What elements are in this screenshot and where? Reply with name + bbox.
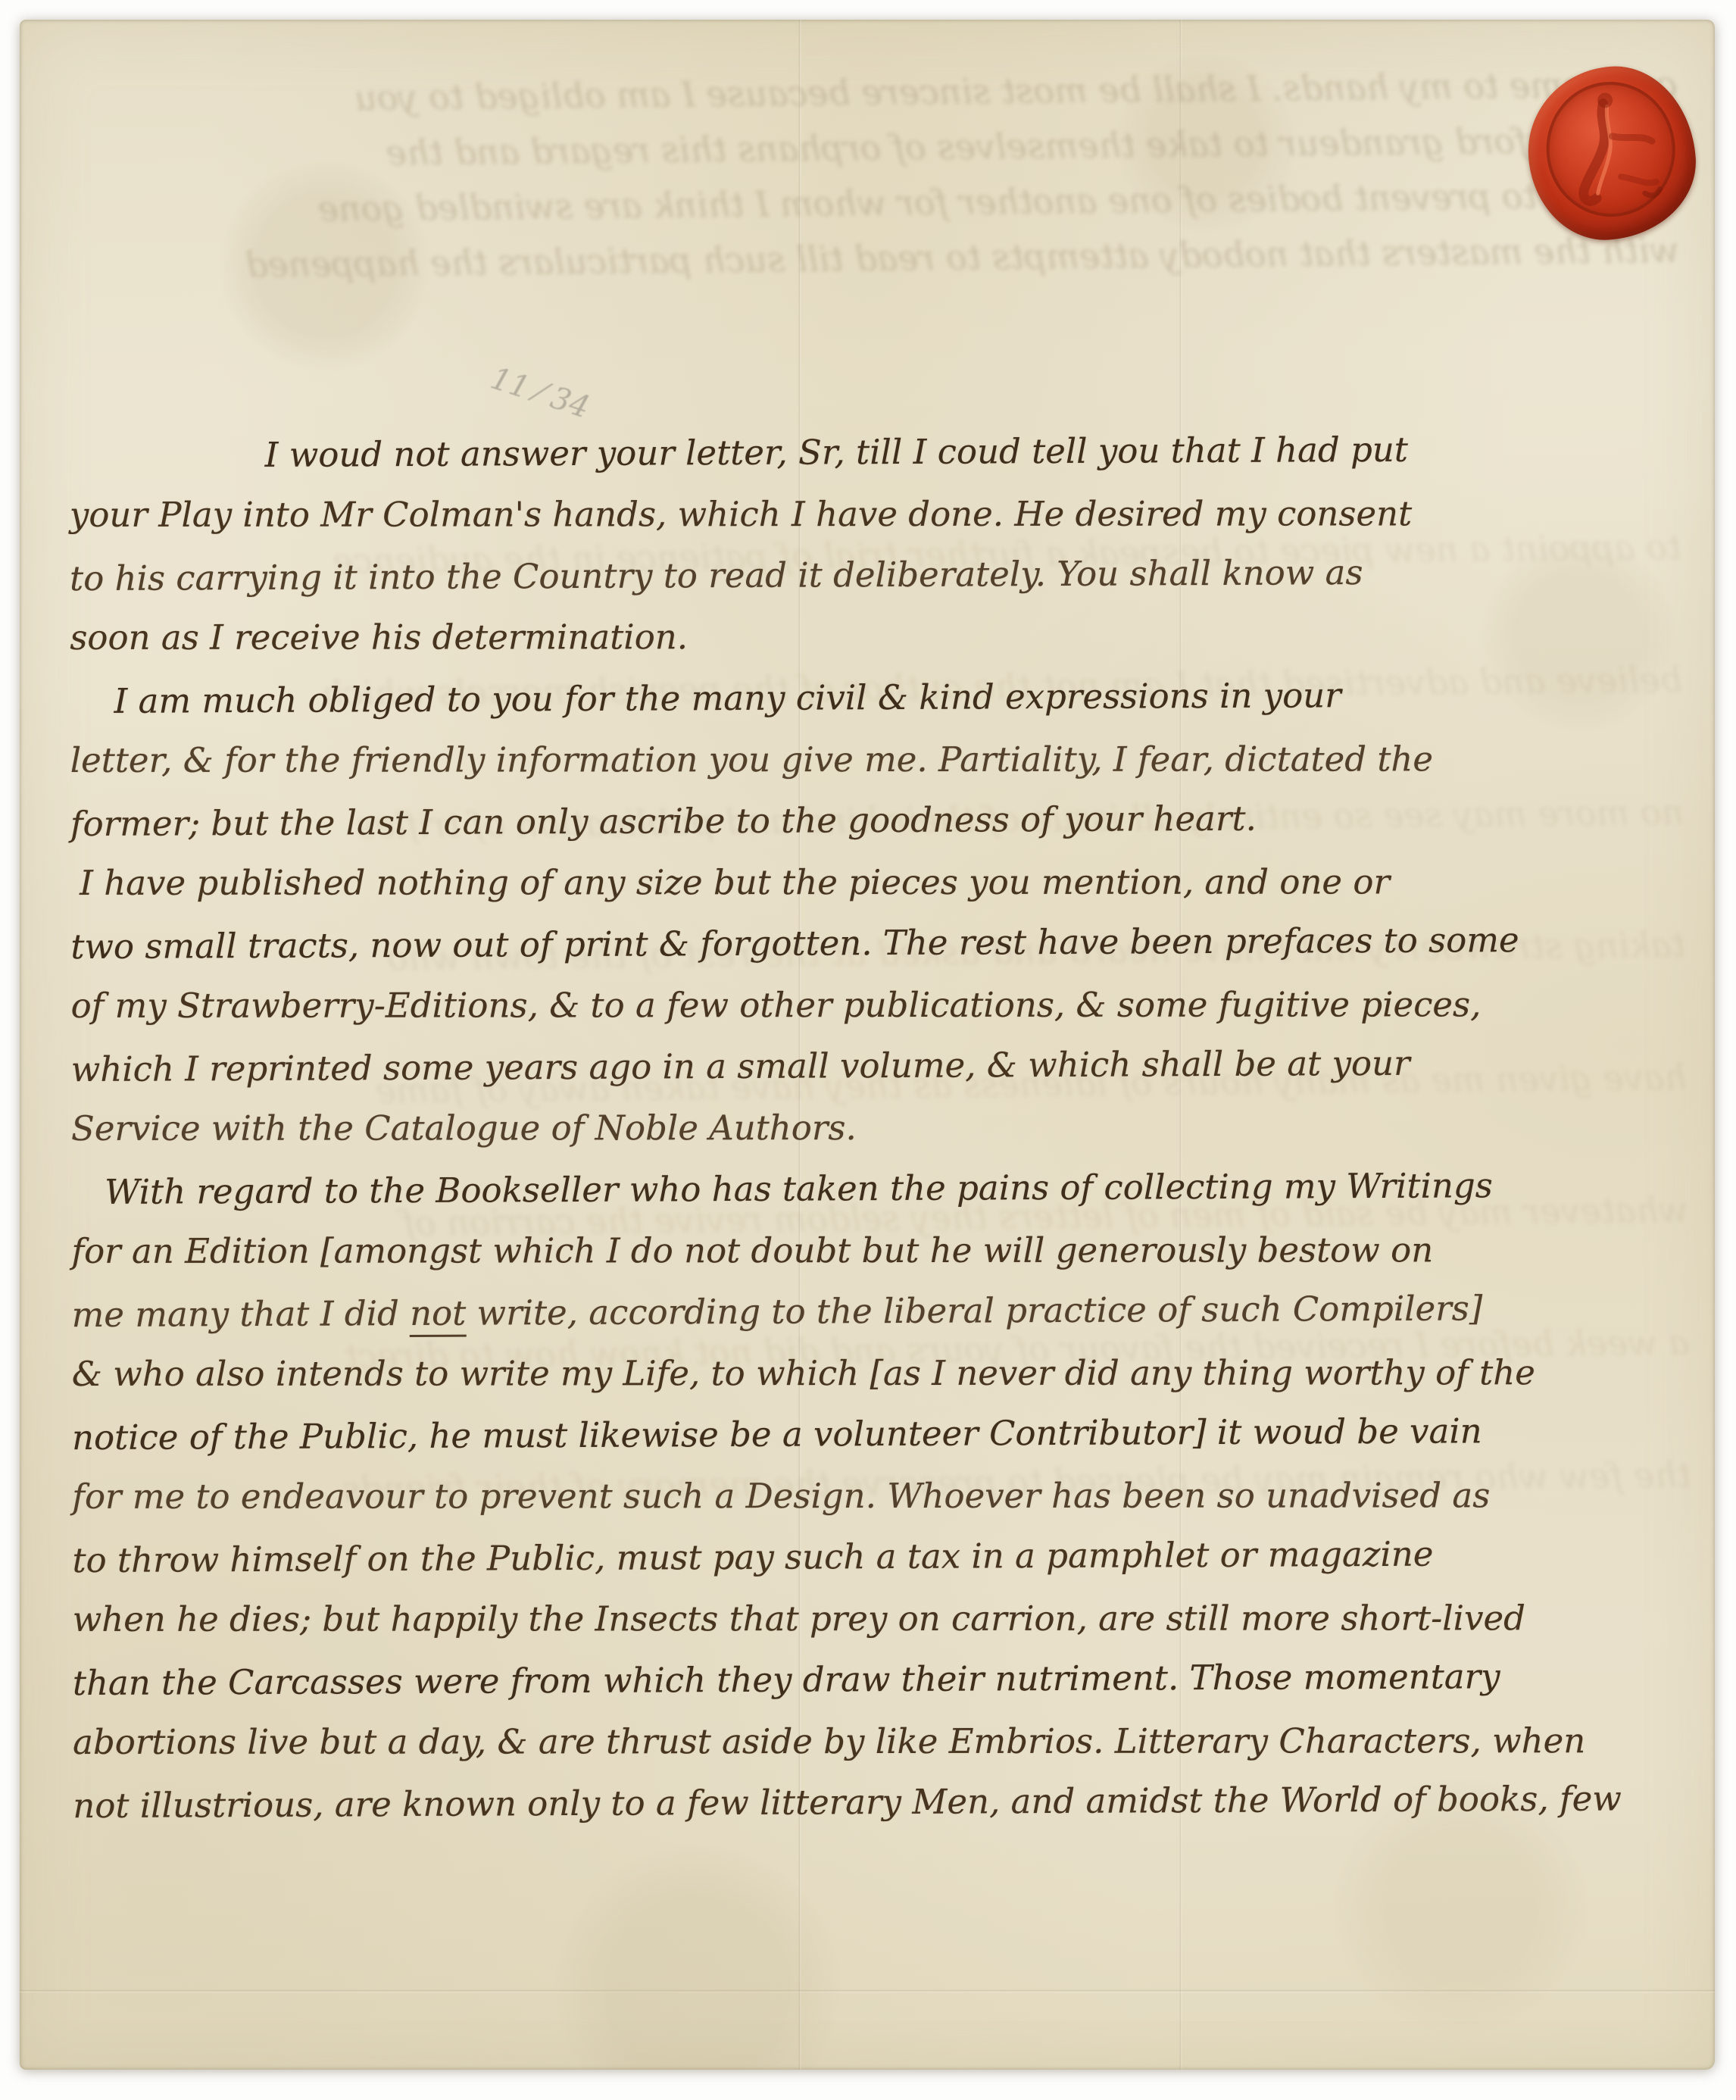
letter-page: can come to my hands. I shall be most si… — [20, 20, 1715, 2070]
horizontal-crease — [20, 1989, 1715, 1993]
pencil-annotation: 11 ⁄ 34 — [486, 361, 594, 425]
letter-line: two small tracts, now out of print & for… — [70, 908, 1714, 977]
letter-line: notice of the Public, he must likewise b… — [72, 1399, 1716, 1468]
letter-line: than the Carcasses were from which they … — [73, 1645, 1716, 1714]
letter-line-segment: write, according to the liberal practice… — [466, 1288, 1482, 1333]
wax-seal-figure — [1522, 61, 1700, 245]
letter-line: former; but the last I can only ascribe … — [70, 786, 1714, 855]
underlined-word: not — [410, 1293, 466, 1337]
letter-line: when he dies; but happily the Insects th… — [73, 1587, 1716, 1650]
letter-line: to throw himself on the Public, must pay… — [72, 1522, 1716, 1591]
letter-line: to his carrying it into the Country to r… — [70, 540, 1713, 609]
letter-body: I woud not answer your letter, Sr, till … — [70, 419, 1717, 1835]
bleedthrough-line: can come to my hands. I shall be most si… — [72, 57, 1678, 129]
letter-line: letter, & for the friendly information y… — [70, 728, 1714, 791]
scan-background: { "document": { "kind": "handwritten let… — [0, 0, 1736, 2100]
bleedthrough-line: with the masters that nobody attempts to… — [73, 223, 1680, 295]
letter-line: Service with the Catalogue of Noble Auth… — [71, 1096, 1715, 1159]
letter-line: of my Strawberry-Editions, & to a few ot… — [71, 973, 1715, 1036]
letter-line: me many that I did not write, according … — [71, 1277, 1715, 1345]
letter-line: which I reprinted some years ago in a sm… — [71, 1031, 1715, 1100]
letter-line: I have published nothing of any size but… — [70, 851, 1714, 914]
letter-line: abortions live but a day, & are thrust a… — [73, 1710, 1716, 1773]
bleedthrough-text: can come to my hands. I shall be most si… — [72, 57, 1680, 295]
letter-line: for me to endeavour to prevent such a De… — [72, 1464, 1716, 1527]
letter-line: for an Edition [amongst which I do not d… — [71, 1219, 1715, 1282]
letter-line: your Play into Mr Colman's hands, which … — [70, 483, 1713, 545]
letter-line: not illustrious, are known only to a few… — [73, 1767, 1716, 1836]
letter-line: & who also intends to write my Life, to … — [72, 1342, 1716, 1405]
bleedthrough-line: intends to prevent bodies of one another… — [73, 167, 1679, 239]
letter-line: I am much obliged to you for the many ci… — [70, 663, 1713, 732]
wax-seal — [1522, 61, 1700, 245]
letter-line-segment: me many that I did — [72, 1293, 411, 1335]
letter-line: I woud not answer your letter, Sr, till … — [69, 417, 1713, 486]
letter-line: With regard to the Bookseller who has ta… — [71, 1154, 1715, 1223]
letter-line: soon as I receive his determination. — [70, 605, 1713, 668]
bleedthrough-line: and hertford grandeur to take themselves… — [72, 112, 1678, 184]
